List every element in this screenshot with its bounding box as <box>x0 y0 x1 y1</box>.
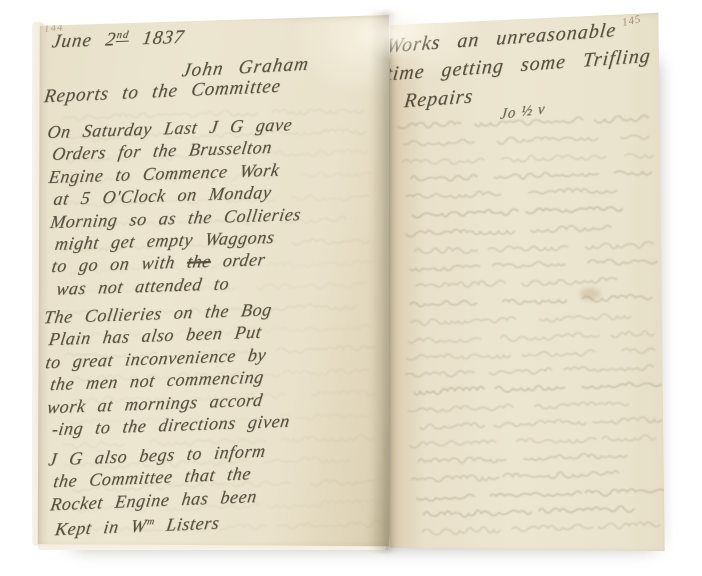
date-day: June 2 <box>51 29 118 52</box>
line-text: Listers <box>153 513 221 536</box>
right-page: 145 Works an unreasonable time getting s… <box>386 10 668 555</box>
line-text: Kept in W <box>54 516 148 540</box>
struck-word: the <box>186 251 213 272</box>
left-page: 144 June 2nd 1837 John Graham Reports to… <box>36 14 390 550</box>
line-text: order <box>210 250 267 272</box>
date-year: 1837 <box>127 27 186 50</box>
paper-smudge <box>580 288 600 300</box>
paragraph-3: J G also begs to inform the Committee th… <box>48 440 269 541</box>
paragraph-1: On Saturday Last J G gave Orders for the… <box>47 113 303 300</box>
date-line: June 2nd 1837 <box>50 27 185 54</box>
line-text: to go on with <box>50 252 188 276</box>
paragraph-2: The Collieries on the Bog Plain has also… <box>44 298 291 441</box>
